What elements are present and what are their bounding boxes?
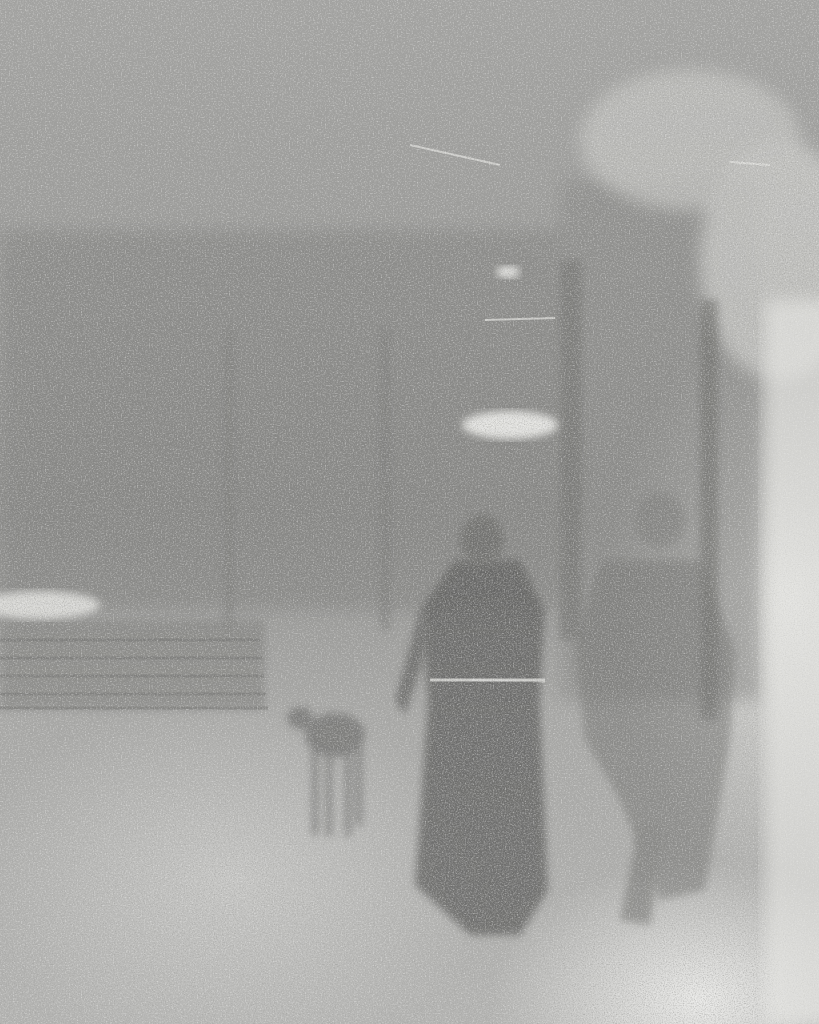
- light-grain: [0, 0, 819, 1024]
- vintage-photograph: [0, 0, 819, 1024]
- photo-scene: [0, 0, 819, 1024]
- worn-right-edge: [765, 300, 819, 1024]
